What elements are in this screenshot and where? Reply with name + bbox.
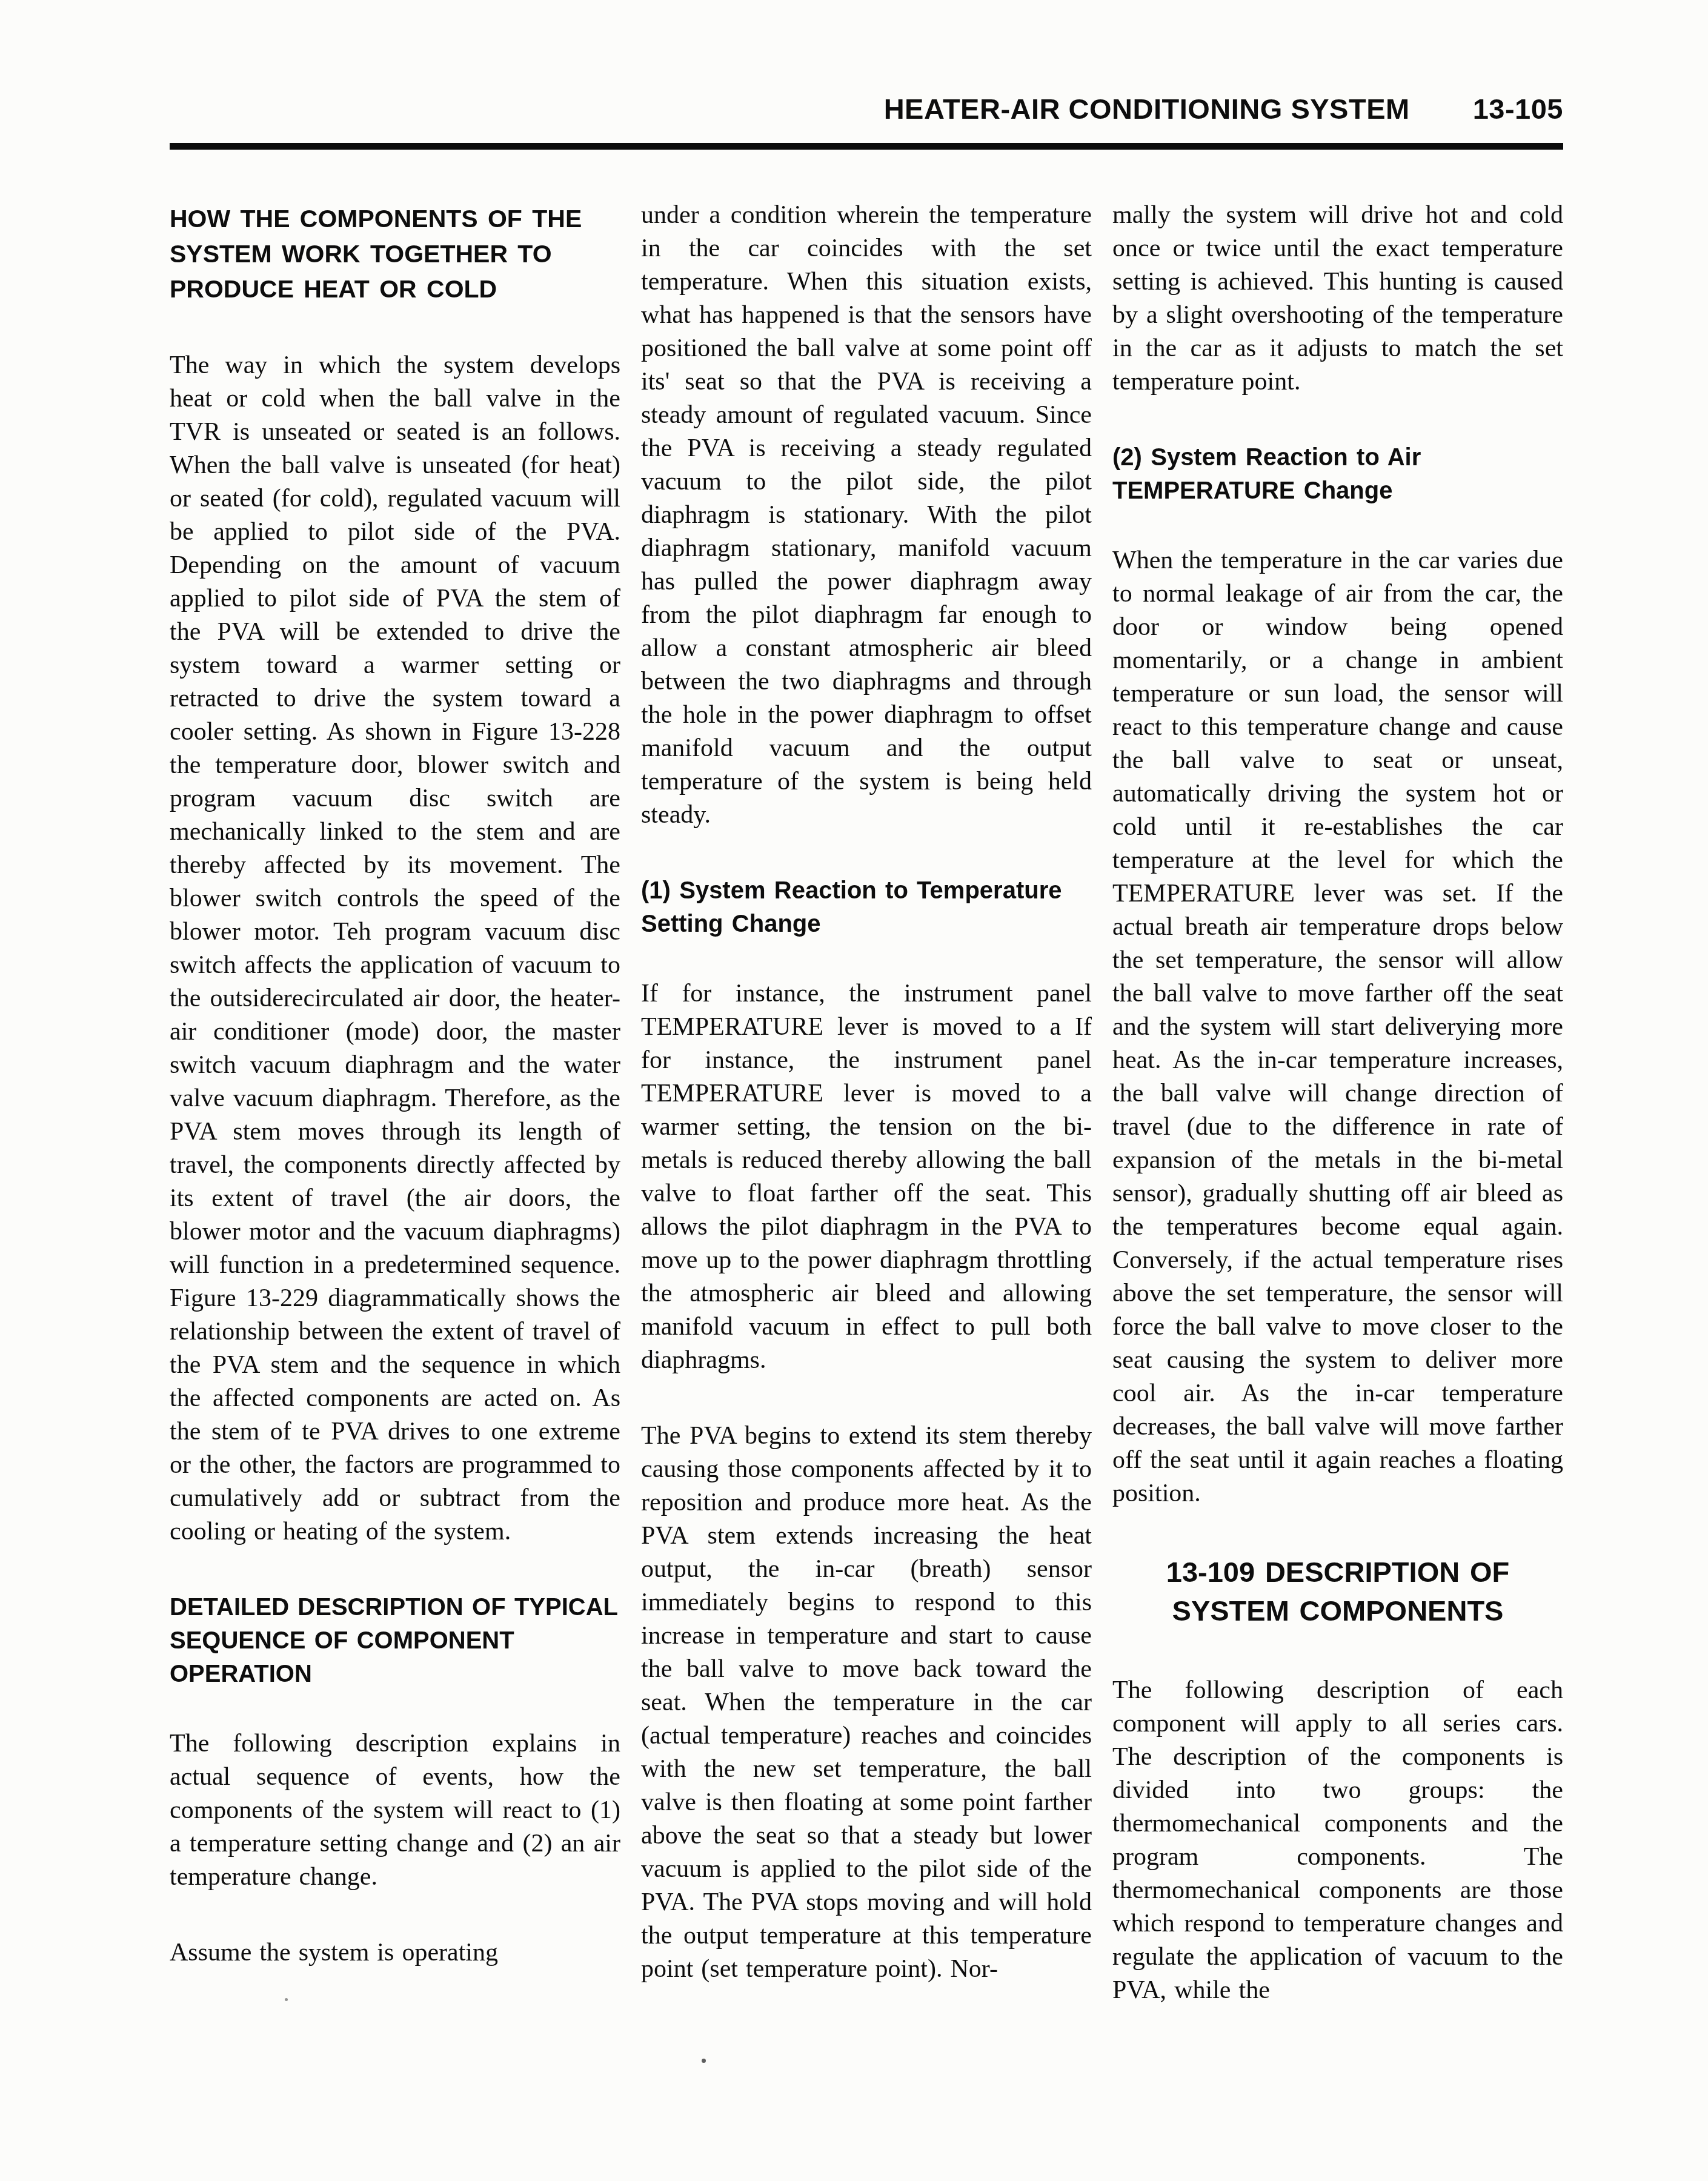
- heading-reaction-air-temperature: (2) System Reaction to Air TEMPERATURE C…: [1112, 441, 1563, 508]
- paragraph-temperature-varies: When the temperature in the car varies d…: [1112, 544, 1563, 1510]
- text-columns: HOW THE COMPONENTS OF THE SYSTEM WORK TO…: [170, 199, 1563, 2007]
- column-1: HOW THE COMPONENTS OF THE SYSTEM WORK TO…: [170, 199, 620, 2007]
- column-3: mally the system will drive hot and cold…: [1112, 199, 1563, 2007]
- page-number: 13-105: [1473, 92, 1563, 125]
- heading-reaction-setting-change: (1) System Reaction to Temperature Setti…: [641, 874, 1092, 941]
- paragraph-assume-system: Assume the system is operating: [170, 1936, 620, 1970]
- paragraph-system-overview: The way in which the system develops hea…: [170, 349, 620, 1549]
- manual-page: HEATER-AIR CONDITIONING SYSTEM 13-105 HO…: [0, 0, 1708, 2181]
- paragraph-lever-moved: If for instance, the instrument panel TE…: [641, 977, 1092, 1377]
- running-head-title: HEATER-AIR CONDITIONING SYSTEM: [884, 92, 1410, 125]
- page-header: HEATER-AIR CONDITIONING SYSTEM 13-105: [170, 92, 1563, 125]
- paragraph-pva-extends: The PVA begins to extend its stem thereb…: [641, 1419, 1092, 1986]
- header-rule: [170, 143, 1563, 150]
- heading-description-of-system-components: 13-109 DESCRIPTION OF SYSTEM COMPONENTS: [1112, 1553, 1563, 1630]
- paragraph-following-description: The following description explains in ac…: [170, 1727, 620, 1894]
- paragraph-steady-state: under a condition wherein the temperatur…: [641, 199, 1092, 832]
- heading-how-components: HOW THE COMPONENTS OF THE SYSTEM WORK TO…: [170, 201, 620, 307]
- paragraph-hunting: mally the system will drive hot and cold…: [1112, 199, 1563, 399]
- scan-speck: [702, 2059, 706, 2063]
- paragraph-component-groups: The following description of each compon…: [1112, 1674, 1563, 2007]
- heading-detailed-description: DETAILED DESCRIPTION OF TYPICAL SEQUENCE…: [170, 1591, 620, 1691]
- scan-speck: [285, 1998, 288, 2001]
- column-2: under a condition wherein the temperatur…: [641, 199, 1092, 2007]
